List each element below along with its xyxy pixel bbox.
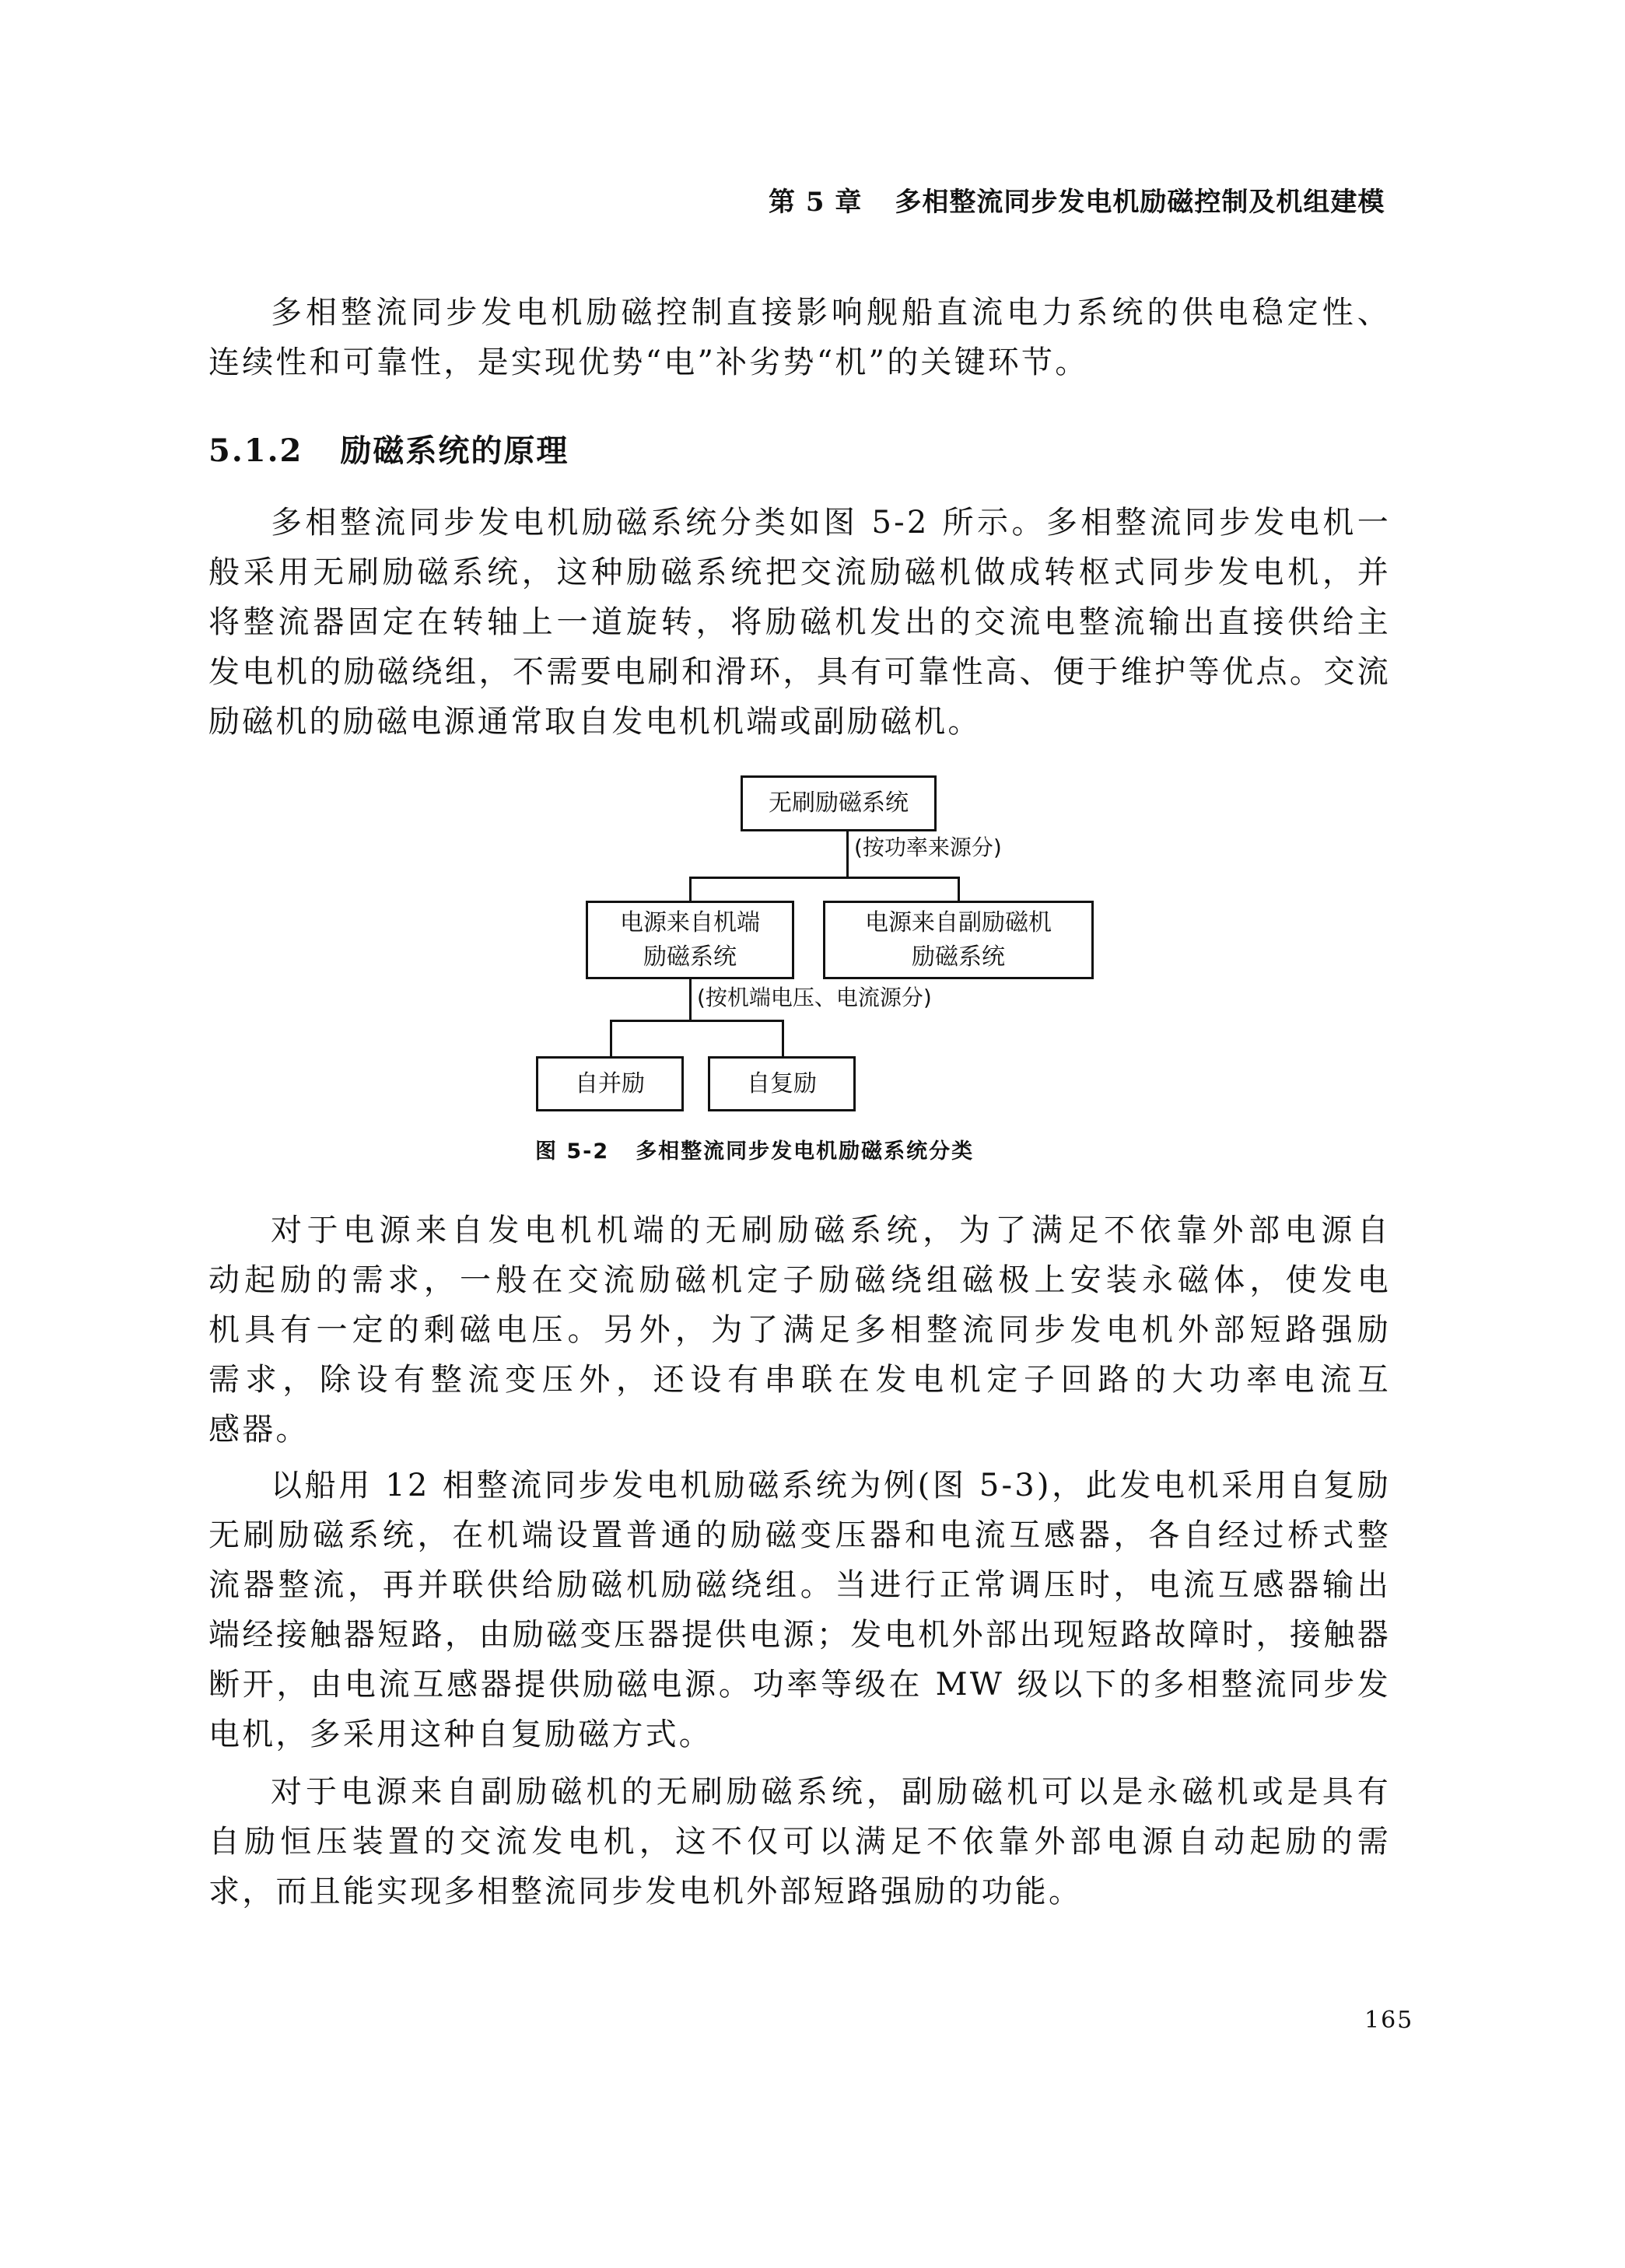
connector-line (689, 979, 692, 1021)
text-line: 求，而且能实现多相整流同步发电机外部短路强励的功能。 (208, 1867, 1391, 1916)
chapter-title: 多相整流同步发电机励磁控制及机组建模 (895, 187, 1385, 218)
running-head: 第 5 章多相整流同步发电机励磁控制及机组建模 (769, 180, 1406, 219)
diagram-node-self-shunt: 自并励 (536, 1056, 684, 1111)
node-label: 励磁系统 (912, 940, 1005, 975)
node-label: 自复励 (747, 1067, 817, 1101)
paragraph-3: 以船用 12 相整流同步发电机励磁系统为例(图 5-3)，此发电机采用自复励 无… (208, 1461, 1391, 1759)
diagram-node-auxiliary-exciter-source: 电源来自副励磁机 励磁系统 (823, 901, 1094, 979)
figure-caption-text: 多相整流同步发电机励磁系统分类 (636, 1139, 974, 1164)
text-line: 发电机的励磁绕组，不需要电刷和滑环，具有可靠性高、便于维护等优点。交流 (208, 647, 1391, 697)
text-line: 端经接触器短路，由励磁变压器提供电源；发电机外部出现短路故障时，接触器 (208, 1610, 1391, 1660)
node-label: 电源来自机端 (620, 906, 760, 940)
text-line: 般采用无刷励磁系统，这种励磁系统把交流励磁机做成转枢式同步发电机，并 (208, 548, 1391, 597)
text-line: 感器。 (208, 1405, 1391, 1454)
paragraph-2: 对于电源来自发电机机端的无刷励磁系统，为了满足不依靠外部电源自 动起励的需求，一… (208, 1206, 1391, 1454)
connector-line (610, 1020, 784, 1022)
connector-line (610, 1020, 612, 1058)
text-line: 对于电源来自副励磁机的无刷励磁系统，副励磁机可以是永磁机或是具有 (208, 1767, 1391, 1817)
paragraph-1: 多相整流同步发电机励磁系统分类如图 5-2 所示。多相整流同步发电机一 般采用无… (208, 498, 1391, 747)
text-line: 电机，多采用这种自复励磁方式。 (208, 1710, 1391, 1759)
section-number: 5.1.2 (208, 432, 303, 469)
section-title: 励磁系统的原理 (340, 433, 569, 469)
text-line: 多相整流同步发电机励磁控制直接影响舰船直流电力系统的供电稳定性、 (208, 288, 1391, 338)
text-line: 将整流器固定在转轴上一道旋转，将励磁机发出的交流电整流输出直接供给主 (208, 597, 1391, 647)
connector-line (689, 877, 692, 902)
text-line: 无刷励磁系统，在机端设置普通的励磁变压器和电流互感器，各自经过桥式整 (208, 1510, 1391, 1560)
text-line: 机具有一定的剩磁电压。另外，为了满足多相整流同步发电机外部短路强励 (208, 1305, 1391, 1355)
chapter-number: 第 5 章 (769, 187, 862, 218)
connector-line (689, 877, 960, 879)
text-line: 以船用 12 相整流同步发电机励磁系统为例(图 5-3)，此发电机采用自复励 (208, 1461, 1391, 1510)
text-line: 动起励的需求，一般在交流励磁机定子励磁绕组磁极上安装永磁体，使发电 (208, 1255, 1391, 1305)
figure-number: 图 5-2 (535, 1139, 609, 1164)
diagram-node-root: 无刷励磁系统 (741, 775, 937, 831)
text-line: 流器整流，再并联供给励磁机励磁绕组。当进行正常调压时，电流互感器输出 (208, 1560, 1391, 1610)
text-line: 对于电源来自发电机机端的无刷励磁系统，为了满足不依靠外部电源自 (208, 1206, 1391, 1255)
text-line: 励磁机的励磁电源通常取自发电机机端或副励磁机。 (208, 697, 1391, 747)
figure-caption: 图 5-2多相整流同步发电机励磁系统分类 (535, 1134, 974, 1164)
node-label: 无刷励磁系统 (769, 786, 909, 821)
node-label: 自并励 (575, 1067, 645, 1101)
node-label: 电源来自副励磁机 (865, 906, 1052, 940)
intro-paragraph: 多相整流同步发电机励磁控制直接影响舰船直流电力系统的供电稳定性、 连续性和可靠性… (208, 288, 1391, 387)
text-line: 需求，除设有整流变压外，还设有串联在发电机定子回路的大功率电流互 (208, 1355, 1391, 1405)
node-label: 励磁系统 (643, 940, 737, 975)
connector-line (958, 877, 960, 902)
edge-label-voltage-current-source: (按机端电压、电流源分) (697, 981, 932, 1012)
section-heading: 5.1.2励磁系统的原理 (208, 426, 569, 471)
text-line: 断开，由电流互感器提供励磁电源。功率等级在 MW 级以下的多相整流同步发 (208, 1660, 1391, 1710)
edge-label-power-source: (按功率来源分) (854, 831, 1002, 862)
connector-line (846, 831, 849, 878)
paragraph-4: 对于电源来自副励磁机的无刷励磁系统，副励磁机可以是永磁机或是具有 自励恒压装置的… (208, 1767, 1391, 1916)
diagram-node-terminal-source: 电源来自机端 励磁系统 (586, 901, 794, 979)
connector-line (782, 1020, 784, 1058)
diagram-node-self-compound: 自复励 (708, 1056, 856, 1111)
text-line: 多相整流同步发电机励磁系统分类如图 5-2 所示。多相整流同步发电机一 (208, 498, 1391, 548)
text-line: 连续性和可靠性，是实现优势“电”补劣势“机”的关键环节。 (208, 338, 1391, 387)
page-number: 165 (1364, 2007, 1413, 2034)
text-line: 自励恒压装置的交流发电机，这不仅可以满足不依靠外部电源自动起励的需 (208, 1817, 1391, 1867)
